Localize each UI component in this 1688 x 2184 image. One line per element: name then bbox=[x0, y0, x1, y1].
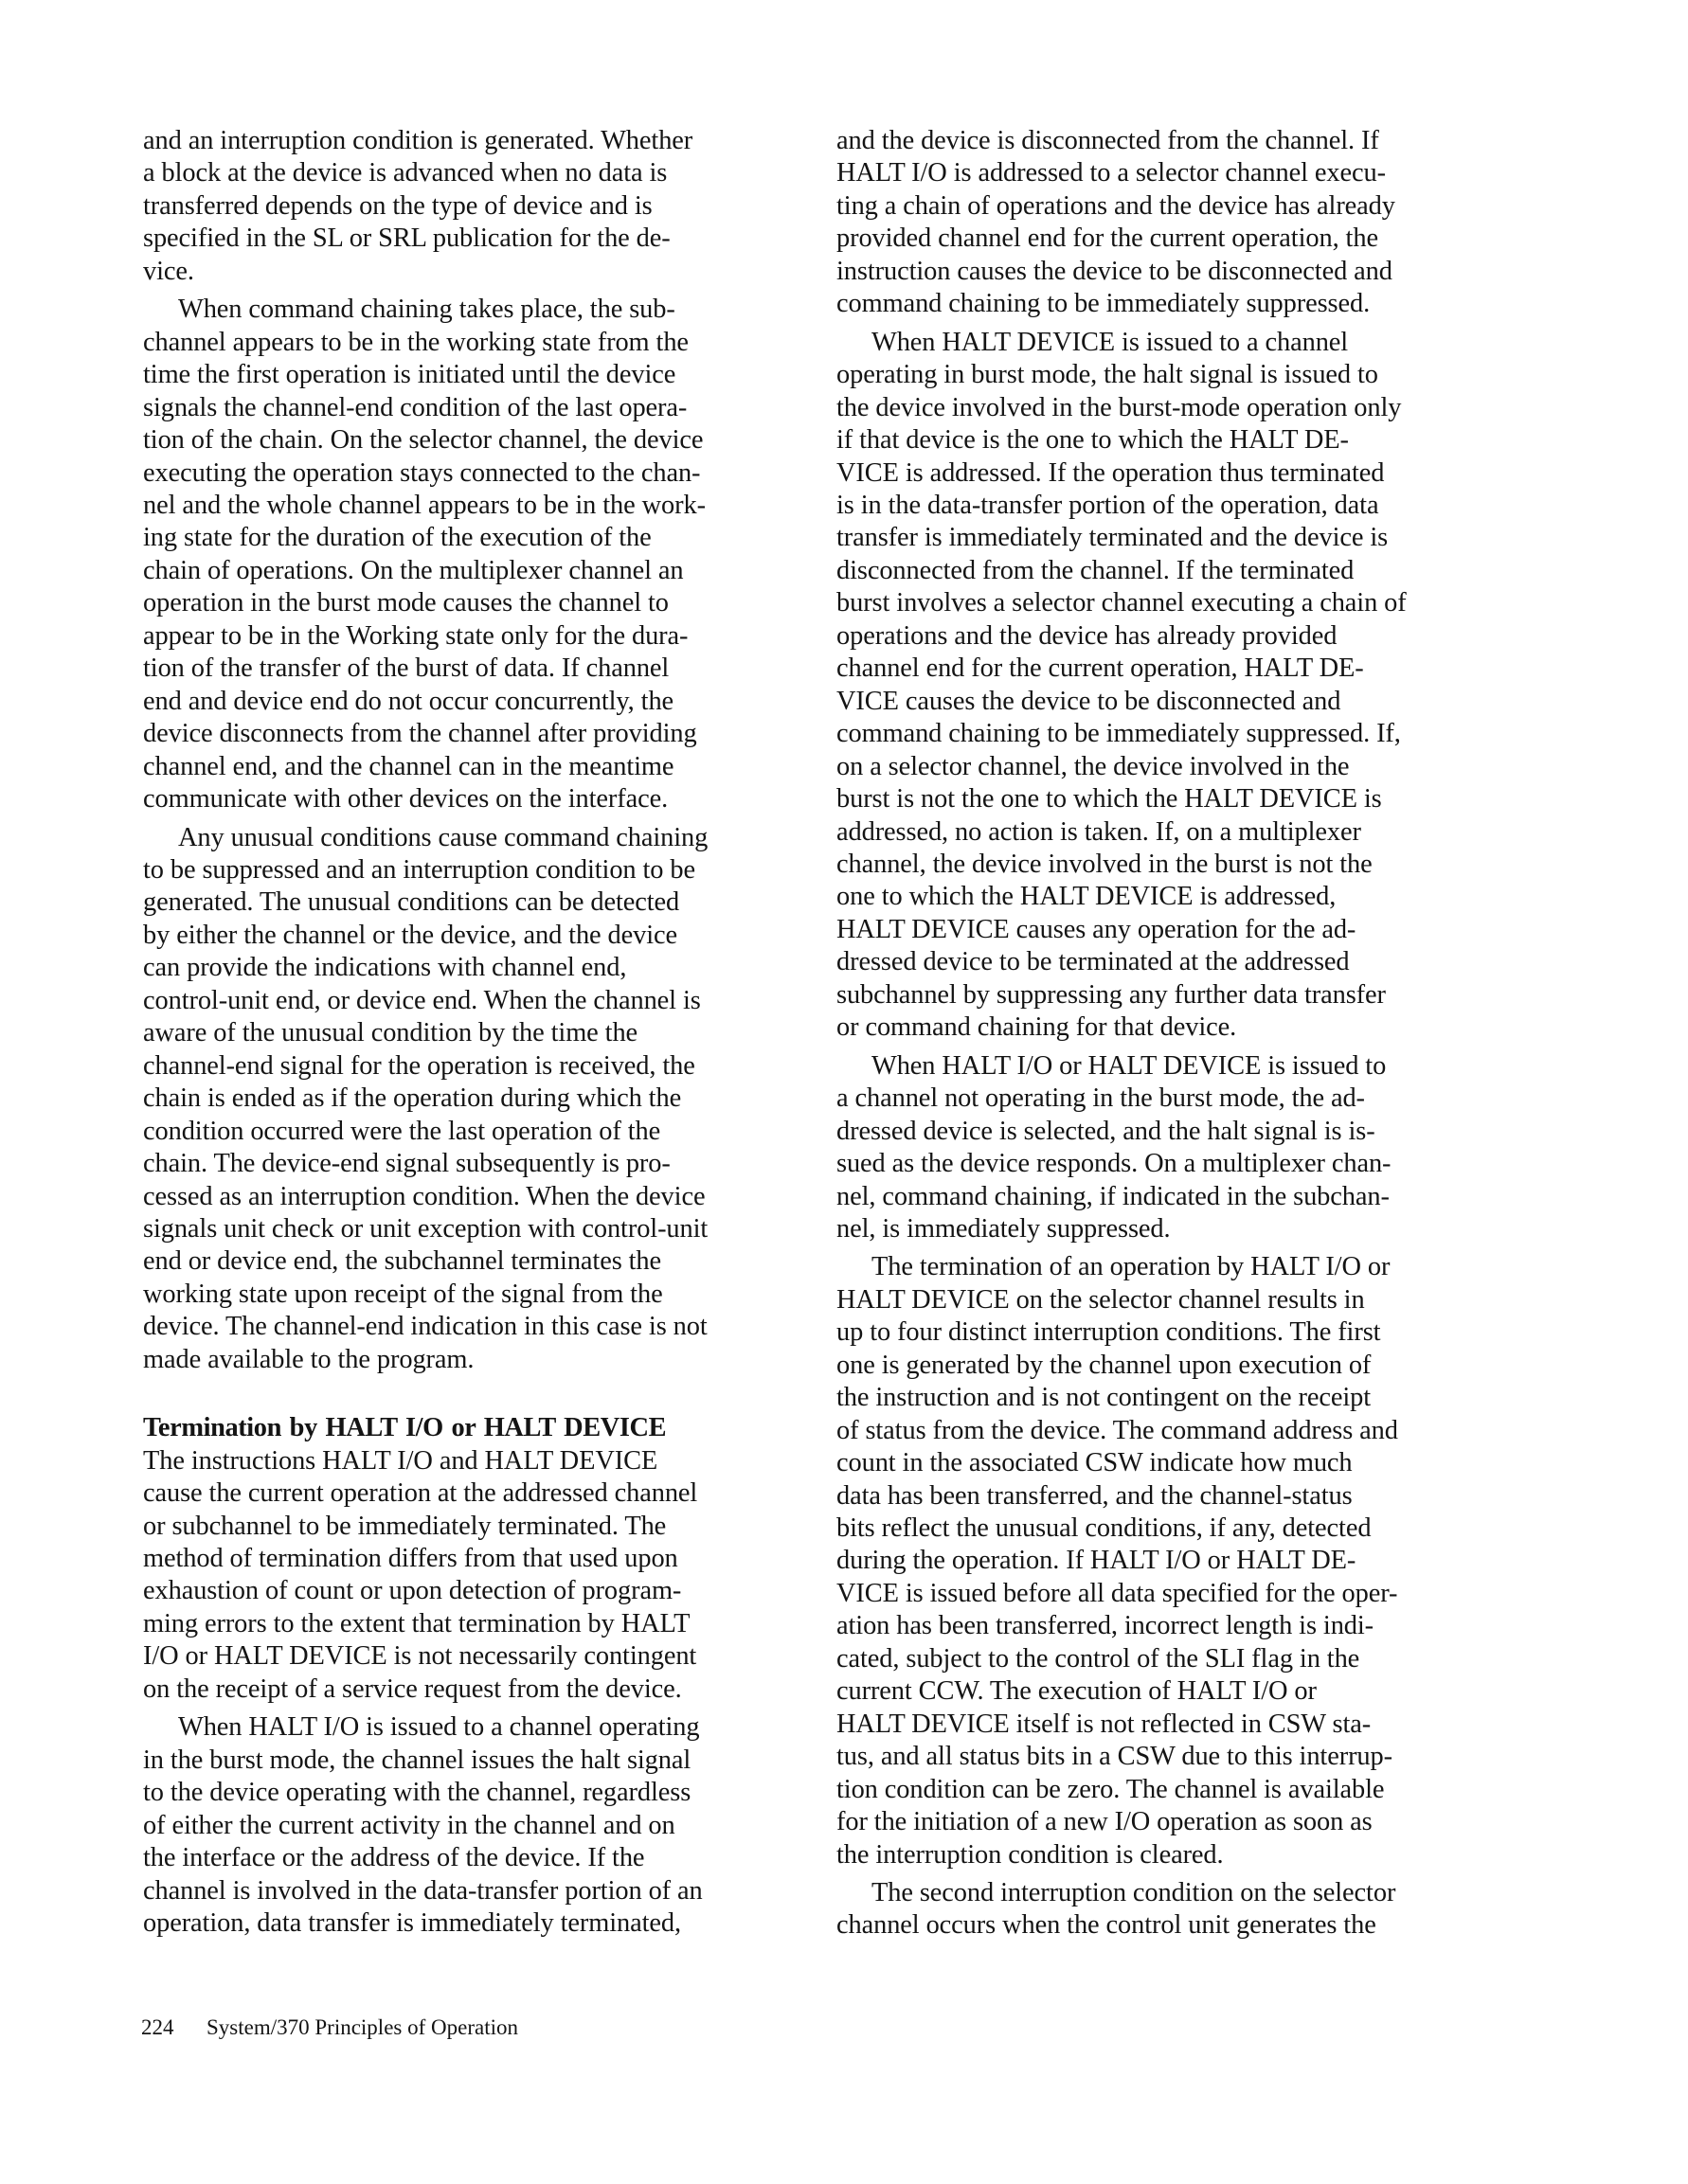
text-line: When command chaining takes place, the s… bbox=[143, 294, 778, 326]
text-line: tion of the chain. On the selector chann… bbox=[143, 424, 778, 456]
text-line: chain of operations. On the multiplexer … bbox=[143, 555, 778, 587]
text-line: operations and the device has already pr… bbox=[836, 620, 1471, 653]
text-line: channel is involved in the data-transfer… bbox=[143, 1875, 778, 1907]
paragraph: When HALT I/O or HALT DEVICE is issued t… bbox=[836, 1050, 1471, 1246]
text-line: or subchannel to be immediately terminat… bbox=[143, 1511, 778, 1543]
text-line: operating in burst mode, the halt signal… bbox=[836, 359, 1471, 391]
left-column: and an interruption condition is generat… bbox=[143, 125, 778, 1945]
text-line: ming errors to the extent that terminati… bbox=[143, 1608, 778, 1640]
text-line: a channel not operating in the burst mod… bbox=[836, 1083, 1471, 1115]
text-line: if that device is the one to which the H… bbox=[836, 424, 1471, 456]
paragraph: The second interruption condition on the… bbox=[836, 1877, 1471, 1942]
paragraph: The termination of an operation by HALT … bbox=[836, 1251, 1471, 1871]
paragraph: Any unusual conditions cause command cha… bbox=[143, 822, 778, 1377]
text-line: I/O or HALT DEVICE is not necessarily co… bbox=[143, 1640, 778, 1673]
text-line: HALT DEVICE on the selector channel resu… bbox=[836, 1284, 1471, 1316]
text-line: one is generated by the channel upon exe… bbox=[836, 1350, 1471, 1382]
text-line: end or device end, the subchannel termin… bbox=[143, 1245, 778, 1278]
text-line: channel end, and the channel can in the … bbox=[143, 751, 778, 783]
paragraph: and an interruption condition is generat… bbox=[143, 125, 778, 288]
text-line: the interface or the address of the devi… bbox=[143, 1842, 778, 1874]
paragraph: When HALT DEVICE is issued to a channelo… bbox=[836, 327, 1471, 1045]
text-line: current CCW. The execution of HALT I/O o… bbox=[836, 1675, 1471, 1708]
text-line: transfer is immediately terminated and t… bbox=[836, 522, 1471, 554]
text-line: on the receipt of a service request from… bbox=[143, 1674, 778, 1706]
text-line: during the operation. If HALT I/O or HAL… bbox=[836, 1545, 1471, 1577]
text-line: to the device operating with the channel… bbox=[143, 1777, 778, 1809]
right-column: and the device is disconnected from the … bbox=[836, 125, 1471, 1948]
text-line: channel, the device involved in the burs… bbox=[836, 849, 1471, 881]
text-line: or command chaining for that device. bbox=[836, 1011, 1471, 1044]
text-line: generated. The unusual conditions can be… bbox=[143, 886, 778, 919]
page-number: 224 bbox=[141, 2014, 207, 2041]
text-line: subchannel by suppressing any further da… bbox=[836, 979, 1471, 1011]
text-line: specified in the SL or SRL publication f… bbox=[143, 223, 778, 255]
text-line: HALT DEVICE itself is not reflected in C… bbox=[836, 1709, 1471, 1741]
text-line: operation, data transfer is immediately … bbox=[143, 1907, 778, 1940]
text-line: instruction causes the device to be disc… bbox=[836, 256, 1471, 288]
text-line: channel appears to be in the working sta… bbox=[143, 327, 778, 359]
text-line: to be suppressed and an interruption con… bbox=[143, 854, 778, 886]
paragraph: The instructions HALT I/O and HALT DEVIC… bbox=[143, 1445, 778, 1707]
text-line: by either the channel or the device, and… bbox=[143, 920, 778, 952]
text-line: is in the data-transfer portion of the o… bbox=[836, 490, 1471, 522]
section-heading: Termination by HALT I/O or HALT DEVICE bbox=[143, 1412, 778, 1444]
text-line: ting a chain of operations and the devic… bbox=[836, 190, 1471, 223]
text-line: cause the current operation at the addre… bbox=[143, 1477, 778, 1510]
text-line: in the burst mode, the channel issues th… bbox=[143, 1745, 778, 1777]
text-line: of either the current activity in the ch… bbox=[143, 1810, 778, 1842]
text-line: executing the operation stays connected … bbox=[143, 457, 778, 490]
text-line: count in the associated CSW indicate how… bbox=[836, 1447, 1471, 1479]
publication-title: System/370 Principles of Operation bbox=[207, 2015, 518, 2039]
text-line: chain. The device-end signal subsequentl… bbox=[143, 1148, 778, 1180]
text-line: Any unusual conditions cause command cha… bbox=[143, 822, 778, 854]
text-line: dressed device to be terminated at the a… bbox=[836, 946, 1471, 978]
text-line: command chaining to be immediately suppr… bbox=[836, 288, 1471, 320]
text-line: When HALT I/O is issued to a channel ope… bbox=[143, 1711, 778, 1744]
paragraph: When command chaining takes place, the s… bbox=[143, 294, 778, 815]
text-line: dressed device is selected, and the halt… bbox=[836, 1116, 1471, 1148]
text-line: The instructions HALT I/O and HALT DEVIC… bbox=[143, 1445, 778, 1477]
text-line: VICE is addressed. If the operation thus… bbox=[836, 457, 1471, 490]
text-line: The second interruption condition on the… bbox=[836, 1877, 1471, 1909]
text-line: HALT I/O is addressed to a selector chan… bbox=[836, 157, 1471, 189]
text-line: one to which the HALT DEVICE is addresse… bbox=[836, 881, 1471, 913]
text-line: tion of the transfer of the burst of dat… bbox=[143, 653, 778, 685]
text-line: channel occurs when the control unit gen… bbox=[836, 1909, 1471, 1942]
paragraph: and the device is disconnected from the … bbox=[836, 125, 1471, 321]
text-line: ing state for the duration of the execut… bbox=[143, 522, 778, 554]
text-line: and an interruption condition is generat… bbox=[143, 125, 778, 157]
text-line: condition occurred were the last operati… bbox=[143, 1116, 778, 1148]
text-line: vice. bbox=[143, 256, 778, 288]
text-line: channel end for the current operation, H… bbox=[836, 653, 1471, 685]
paragraph: When HALT I/O is issued to a channel ope… bbox=[143, 1711, 778, 1940]
text-line: exhaustion of count or upon detection of… bbox=[143, 1575, 778, 1607]
text-line: tion condition can be zero. The channel … bbox=[836, 1774, 1471, 1806]
text-line: ation has been transferred, incorrect le… bbox=[836, 1610, 1471, 1642]
text-line: up to four distinct interruption conditi… bbox=[836, 1316, 1471, 1349]
text-line: burst involves a selector channel execut… bbox=[836, 587, 1471, 619]
text-line: chain is ended as if the operation durin… bbox=[143, 1083, 778, 1115]
text-line: provided channel end for the current ope… bbox=[836, 223, 1471, 255]
text-line: signals the channel-end condition of the… bbox=[143, 392, 778, 424]
text-line: nel, command chaining, if indicated in t… bbox=[836, 1181, 1471, 1213]
text-line: aware of the unusual condition by the ti… bbox=[143, 1017, 778, 1049]
text-line: bits reflect the unusual conditions, if … bbox=[836, 1513, 1471, 1545]
text-line: time the first operation is initiated un… bbox=[143, 359, 778, 391]
text-line: HALT DEVICE causes any operation for the… bbox=[836, 914, 1471, 946]
text-line: burst is not the one to which the HALT D… bbox=[836, 783, 1471, 815]
text-line: for the initiation of a new I/O operatio… bbox=[836, 1806, 1471, 1838]
text-line: working state upon receipt of the signal… bbox=[143, 1279, 778, 1311]
text-line: appear to be in the Working state only f… bbox=[143, 620, 778, 653]
page-footer: 224System/370 Principles of Operation bbox=[141, 2014, 518, 2041]
text-line: addressed, no action is taken. If, on a … bbox=[836, 816, 1471, 849]
text-line: end and device end do not occur concurre… bbox=[143, 686, 778, 718]
text-line: device. The channel-end indication in th… bbox=[143, 1311, 778, 1343]
text-line: cessed as an interruption condition. Whe… bbox=[143, 1181, 778, 1213]
text-line: tus, and all status bits in a CSW due to… bbox=[836, 1741, 1471, 1773]
text-line: communicate with other devices on the in… bbox=[143, 783, 778, 815]
text-line: VICE causes the device to be disconnecte… bbox=[836, 686, 1471, 718]
text-line: control-unit end, or device end. When th… bbox=[143, 985, 778, 1017]
text-line: The termination of an operation by HALT … bbox=[836, 1251, 1471, 1283]
text-line: nel, is immediately suppressed. bbox=[836, 1213, 1471, 1245]
text-line: the device involved in the burst-mode op… bbox=[836, 392, 1471, 424]
text-line: disconnected from the channel. If the te… bbox=[836, 555, 1471, 587]
text-line: and the device is disconnected from the … bbox=[836, 125, 1471, 157]
text-line: the instruction and is not contingent on… bbox=[836, 1382, 1471, 1414]
text-line: command chaining to be immediately suppr… bbox=[836, 718, 1471, 750]
text-line: on a selector channel, the device involv… bbox=[836, 751, 1471, 783]
text-line: method of termination differs from that … bbox=[143, 1543, 778, 1575]
text-line: can provide the indications with channel… bbox=[143, 952, 778, 984]
text-line: data has been transferred, and the chann… bbox=[836, 1480, 1471, 1513]
text-line: sued as the device responds. On a multip… bbox=[836, 1148, 1471, 1180]
text-line: the interruption condition is cleared. bbox=[836, 1839, 1471, 1871]
text-line: of status from the device. The command a… bbox=[836, 1415, 1471, 1447]
text-line: When HALT I/O or HALT DEVICE is issued t… bbox=[836, 1050, 1471, 1083]
text-line: channel-end signal for the operation is … bbox=[143, 1050, 778, 1083]
text-line: a block at the device is advanced when n… bbox=[143, 157, 778, 189]
text-line: transferred depends on the type of devic… bbox=[143, 190, 778, 223]
text-line: nel and the whole channel appears to be … bbox=[143, 490, 778, 522]
text-line: operation in the burst mode causes the c… bbox=[143, 587, 778, 619]
text-line: When HALT DEVICE is issued to a channel bbox=[836, 327, 1471, 359]
text-line: made available to the program. bbox=[143, 1344, 778, 1376]
text-line: signals unit check or unit exception wit… bbox=[143, 1213, 778, 1245]
text-line: VICE is issued before all data specified… bbox=[836, 1578, 1471, 1610]
text-line: device disconnects from the channel afte… bbox=[143, 718, 778, 750]
text-line: cated, subject to the control of the SLI… bbox=[836, 1643, 1471, 1675]
